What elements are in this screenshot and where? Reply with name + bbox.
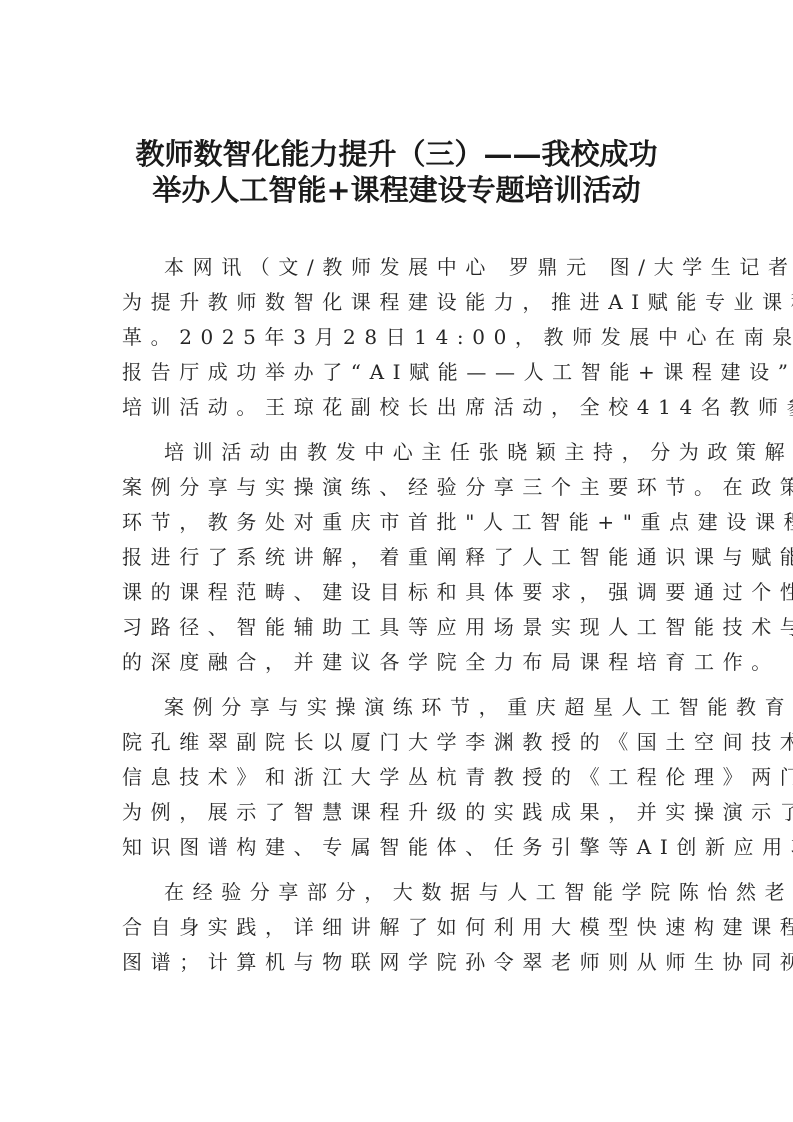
document-page: 教师数智化能力提升（三）——我校成功 举办人工智能+课程建设专题培训活动 本网讯… <box>0 0 793 1122</box>
text-line: 报告厅成功举办了“AI赋能——人工智能+课程建设”专题 <box>122 355 674 390</box>
article-body: 本网讯（文/教师发展中心 罗鼎元 图/大学生记者团） 为提升教师数智化课程建设能… <box>122 250 674 990</box>
article-title-line-1: 教师数智化能力提升（三）——我校成功 <box>0 136 793 172</box>
text-line: 的深度融合，并建议各学院全力布局课程培育工作。 <box>122 645 674 680</box>
text-line: 案例分享与实操演练环节，重庆超星人工智能教育研究 <box>122 690 674 725</box>
text-line: 课的课程范畴、建设目标和具体要求，强调要通过个性化学 <box>122 575 674 610</box>
text-line: 培训活动由教发中心主任张晓颖主持，分为政策解读、 <box>122 435 674 470</box>
text-line: 本网讯（文/教师发展中心 罗鼎元 图/大学生记者团） <box>122 250 674 285</box>
text-line: 报进行了系统讲解，着重阐释了人工智能通识课与赋能专业 <box>122 540 674 575</box>
paragraph-case-sharing: 案例分享与实操演练环节，重庆超星人工智能教育研究 院孔维翠副院长以厦门大学李渊教… <box>122 690 674 865</box>
text-line: 革。2025年3月28日14:00，教师发展中心在南泉校区学术 <box>122 320 674 355</box>
text-line: 图谱；计算机与物联网学院孙令翠老师则从师生协同视角， <box>122 945 674 980</box>
text-line: 案例分享与实操演练、经验分享三个主要环节。在政策解读 <box>122 470 674 505</box>
article-title: 教师数智化能力提升（三）——我校成功 举办人工智能+课程建设专题培训活动 <box>0 136 793 208</box>
text-line: 环节，教务处对重庆市首批"人工智能+"重点建设课程立项申 <box>122 505 674 540</box>
paragraph-intro: 本网讯（文/教师发展中心 罗鼎元 图/大学生记者团） 为提升教师数智化课程建设能… <box>122 250 674 425</box>
text-line: 合自身实践，详细讲解了如何利用大模型快速构建课程知识 <box>122 910 674 945</box>
text-line: 院孔维翠副院长以厦门大学李渊教授的《国土空间技术规划 <box>122 725 674 760</box>
paragraph-experience-sharing: 在经验分享部分，大数据与人工智能学院陈怡然老师结 合自身实践，详细讲解了如何利用… <box>122 875 674 980</box>
text-line: 习路径、智能辅助工具等应用场景实现人工智能技术与教学 <box>122 610 674 645</box>
text-line: 培训活动。王琼花副校长出席活动，全校414名教师参与。 <box>122 390 674 425</box>
text-line: 为例，展示了智慧课程升级的实践成果，并实操演示了多元 <box>122 795 674 830</box>
text-line: 信息技术》和浙江大学丛杭青教授的《工程伦理》两门课程 <box>122 760 674 795</box>
paragraph-policy: 培训活动由教发中心主任张晓颖主持，分为政策解读、 案例分享与实操演练、经验分享三… <box>122 435 674 680</box>
article-title-line-2: 举办人工智能+课程建设专题培训活动 <box>0 172 793 208</box>
text-line: 在经验分享部分，大数据与人工智能学院陈怡然老师结 <box>122 875 674 910</box>
text-line: 知识图谱构建、专属智能体、任务引擎等AI创新应用功能。 <box>122 830 674 865</box>
text-line: 为提升教师数智化课程建设能力，推进AI赋能专业课程改 <box>122 285 674 320</box>
